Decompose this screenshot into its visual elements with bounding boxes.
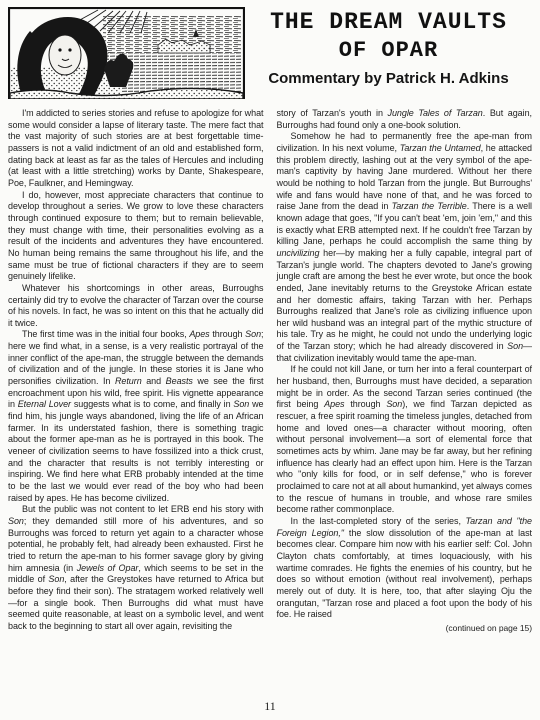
left-column: I'm addicted to series stories and refus… [8, 108, 264, 635]
right-column-text: story of Tarzan's youth in Jungle Tales … [277, 108, 533, 621]
title-block: THE DREAM VAULTS OF OPAR Commentary by P… [245, 5, 532, 87]
paragraph: Somehow he had to permanently free the a… [277, 131, 533, 364]
woodcut-illustration [8, 7, 245, 99]
paragraph: But the public was not content to let ER… [8, 504, 264, 632]
paragraph: Whatever his shortcomings in other areas… [8, 283, 264, 330]
byline: Commentary by Patrick H. Adkins [245, 70, 532, 87]
page-header: THE DREAM VAULTS OF OPAR Commentary by P… [8, 5, 532, 102]
paragraph: In the last-completed story of the serie… [277, 516, 533, 621]
page-title-line2: OF OPAR [245, 36, 532, 66]
magazine-page: THE DREAM VAULTS OF OPAR Commentary by P… [0, 0, 540, 720]
paragraph: The first time was in the initial four b… [8, 329, 264, 504]
paragraph: I do, however, most appreciate character… [8, 190, 264, 283]
right-column: story of Tarzan's youth in Jungle Tales … [277, 108, 533, 635]
woodcut-lion-landscape-image [8, 7, 245, 99]
article-body: I'm addicted to series stories and refus… [8, 108, 532, 635]
page-title-line1: THE DREAM VAULTS [245, 9, 532, 36]
page-number: 11 [0, 699, 540, 714]
paragraph: If he could not kill Jane, or turn her i… [277, 364, 533, 516]
continued-note: (continued on page 15) [277, 623, 533, 635]
paragraph: I'm addicted to series stories and refus… [8, 108, 264, 190]
paragraph: story of Tarzan's youth in Jungle Tales … [277, 108, 533, 131]
